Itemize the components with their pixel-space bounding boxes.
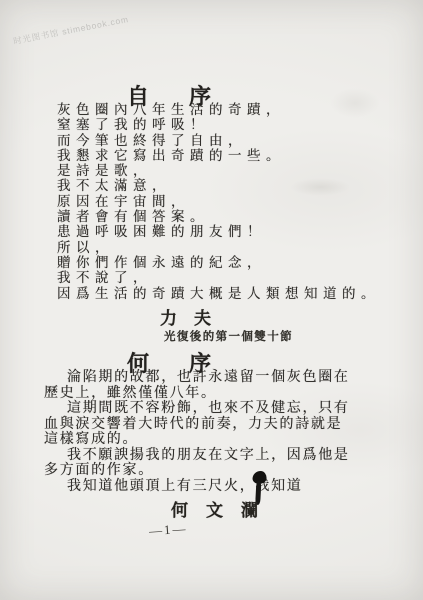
poem-line: 患過呼吸困難的朋友們！ xyxy=(57,224,380,239)
he-preface-text: 淪陷期的故都，也許永遠留一個灰色圈在 歷史上，雖然僅僅八年。 這期間既不容粉飾，… xyxy=(44,370,384,494)
poem-line: 讀者會有個答案。 xyxy=(57,209,380,224)
poem-line: 灰色圈內八年生活的奇蹟， xyxy=(57,102,380,117)
he-preface-signature: 何文瀾 xyxy=(171,496,276,521)
prose-line: 血與淚交響着大時代的前奏，力夫的詩就是 xyxy=(44,417,384,433)
poem-line: 贈你們作個永遠的紀念， xyxy=(57,255,380,270)
poem-author-signature: 力夫 xyxy=(160,304,228,329)
prose-line: 淪陷期的故都，也許永遠留一個灰色圈在 xyxy=(44,370,384,386)
prose-line: 這期間既不容粉飾，也來不及健忘，只有 xyxy=(44,401,384,417)
page-number: —1— xyxy=(148,521,188,540)
prose-line: 我知道他頭頂上有三尺火，我知道 xyxy=(44,479,384,495)
poem-line: 我不太滿意， xyxy=(57,178,380,193)
library-watermark: 时光图书馆 stimebook.com xyxy=(12,5,171,47)
poem-line: 我懇求它寫出奇蹟的一些。 xyxy=(57,148,380,163)
prose-line: 我不願諛揚我的朋友在文字上，因爲他是 xyxy=(44,448,384,464)
prose-line: 多方面的作家。 xyxy=(44,463,384,479)
prose-line: 歷史上，雖然僅僅八年。 xyxy=(44,386,384,402)
poem-line: 因爲生活的奇蹟大概是人類想知道的。 xyxy=(57,286,380,301)
poem-line: 原因在宇宙間， xyxy=(57,194,380,209)
self-preface-poem: 灰色圈內八年生活的奇蹟， 窒塞了我的呼吸！ 而今筆也終得了自由， 我懇求它寫出奇… xyxy=(57,102,380,301)
poem-line: 我不說了， xyxy=(57,270,380,285)
poem-line: 是詩是歌， xyxy=(57,163,380,178)
poem-dateline: 光復後的第一個雙十節 xyxy=(164,328,293,344)
poem-line: 窒塞了我的呼吸！ xyxy=(57,117,380,132)
poem-line: 而今筆也終得了自由， xyxy=(57,133,380,148)
scanned-book-page: 时光图书馆 stimebook.com 自序 灰色圈內八年生活的奇蹟， 窒塞了我… xyxy=(0,0,423,600)
prose-line: 這樣寫成的。 xyxy=(44,432,384,448)
poem-line: 所以， xyxy=(57,240,380,255)
